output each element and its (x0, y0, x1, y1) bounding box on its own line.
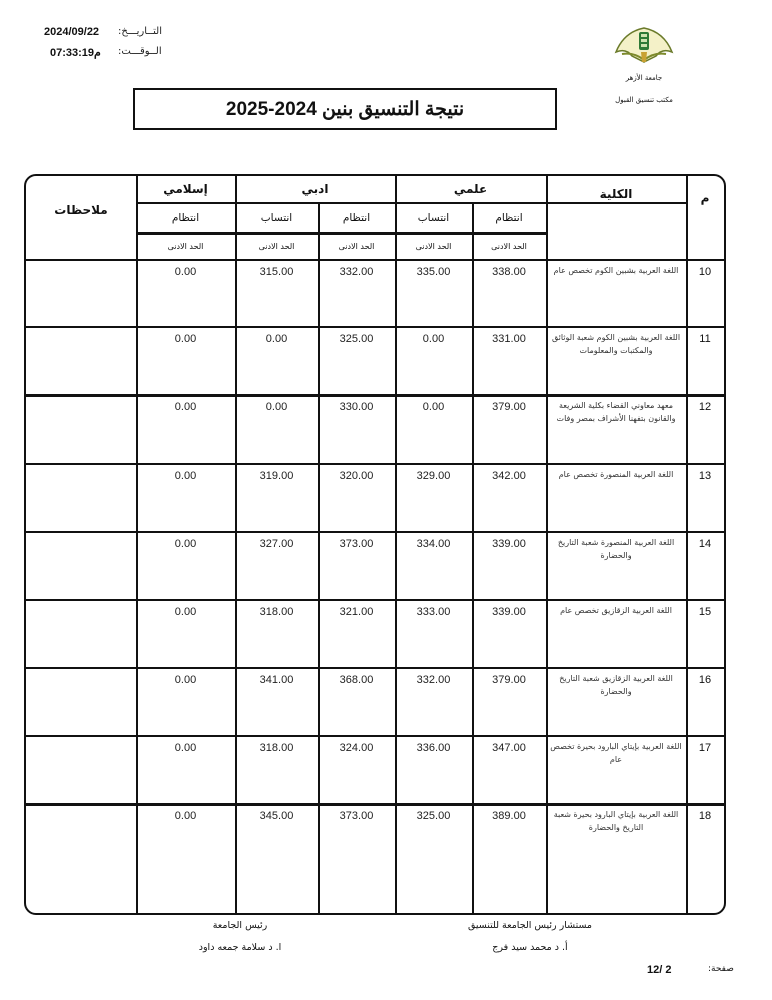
ilmi-intizam-min: 347.00 (472, 742, 546, 760)
table-row: 17اللغة العربية بإيتاي البارود بحيرة تخص… (26, 736, 724, 803)
ilmi-intizam-min: 389.00 (472, 810, 546, 828)
ilmi-intizam-min: 339.00 (472, 606, 546, 624)
islami-intizam-min: 0.00 (136, 470, 235, 488)
table-row: 16اللغة العربية الزقازيق شعبة التاريخ وا… (26, 668, 724, 735)
header-ilmi: علمي (395, 176, 546, 202)
ilmi-intisab-min: 335.00 (395, 266, 472, 284)
ilmi-intisab-min: 0.00 (395, 401, 472, 419)
adabi-intisab-min: 319.00 (235, 470, 318, 488)
adabi-intizam-min: 368.00 (318, 674, 395, 692)
ilmi-intisab-min: 329.00 (395, 470, 472, 488)
adabi-intisab-min: 341.00 (235, 674, 318, 692)
adabi-intizam-min: 330.00 (318, 401, 395, 419)
row-number: 17 (686, 742, 724, 760)
time-value: م07:33:19 (50, 46, 101, 59)
header-ilmi-intisab-min: الحد الادنى (395, 234, 472, 259)
adabi-intisab-min: 318.00 (235, 742, 318, 760)
college-name: معهد معاوني القضاء بكلية الشريعة والقانو… (550, 399, 682, 443)
row-number: 16 (686, 674, 724, 692)
header-adabi-intisab-min: الحد الادنى (235, 234, 318, 259)
college-name: اللغة العربية بإيتاي البارود بحيرة شعبة … (550, 808, 682, 852)
adabi-intizam-min: 321.00 (318, 606, 395, 624)
college-name: اللغة العربية بشبين الكوم تخصص عام (550, 264, 682, 308)
college-name: اللغة العربية المنصورة شعبة التاريخ والح… (550, 536, 682, 580)
page-title: نتيجة التنسيق بنين 2024-2025 (226, 98, 464, 121)
islami-intizam-min: 0.00 (136, 266, 235, 284)
islami-intizam-min: 0.00 (136, 606, 235, 624)
notes (26, 266, 136, 284)
notes (26, 470, 136, 488)
table-row: 15اللغة العربية الزقازيق تخصص عام339.003… (26, 600, 724, 667)
university-logo-icon (612, 22, 676, 72)
ilmi-intizam-min: 379.00 (472, 674, 546, 692)
notes (26, 742, 136, 760)
notes (26, 401, 136, 419)
header-ilmi-intizam-min: الحد الادنى (472, 234, 546, 259)
header-adabi: ادبي (235, 176, 395, 202)
ilmi-intisab-min: 0.00 (395, 333, 472, 351)
header-ilmi-intizam: انتظام (472, 203, 546, 232)
adabi-intisab-min: 315.00 (235, 266, 318, 284)
college-name: اللغة العربية بشبين الكوم شعبة الوثائق و… (550, 331, 682, 375)
header-islami: إسلامي (136, 176, 235, 202)
results-table: م الكلية علمي ادبي إسلامي ملاحظات انتظام… (24, 174, 726, 915)
college-name: اللغة العربية الزقازيق شعبة التاريخ والح… (550, 672, 682, 716)
header-m: م (686, 176, 724, 220)
university-president-title: رئيس الجامعة (180, 920, 300, 931)
ilmi-intisab-min: 325.00 (395, 810, 472, 828)
notes (26, 538, 136, 556)
adabi-intisab-min: 0.00 (235, 333, 318, 351)
row-number: 14 (686, 538, 724, 556)
islami-intizam-min: 0.00 (136, 742, 235, 760)
college-name: اللغة العربية بإيتاي البارود بحيرة تخصص … (550, 740, 682, 784)
row-number: 10 (686, 266, 724, 284)
islami-intizam-min: 0.00 (136, 401, 235, 419)
islami-intizam-min: 0.00 (136, 538, 235, 556)
notes (26, 674, 136, 692)
header-adabi-intisab: انتساب (235, 203, 318, 232)
page-value: 2 /12 (647, 964, 672, 976)
university-president-name: ا. د سلامة جمعه داود (170, 942, 310, 953)
row-number: 18 (686, 810, 724, 828)
ilmi-intizam-min: 338.00 (472, 266, 546, 284)
date-label: التــاريـــخ: (118, 26, 162, 37)
college-name: اللغة العربية المنصورة تخصص عام (550, 468, 682, 512)
table-row: 12معهد معاوني القضاء بكلية الشريعة والقا… (26, 395, 724, 463)
header-ilmi-intisab: انتساب (395, 203, 472, 232)
title-box: نتيجة التنسيق بنين 2024-2025 (133, 88, 557, 130)
coordination-advisor-title: مستشار رئيس الجامعة للتنسيق (455, 920, 605, 931)
ilmi-intizam-min: 342.00 (472, 470, 546, 488)
ilmi-intisab-min: 336.00 (395, 742, 472, 760)
header-adabi-intizam-min: الحد الادنى (318, 234, 395, 259)
notes (26, 606, 136, 624)
notes (26, 333, 136, 351)
adabi-intisab-min: 327.00 (235, 538, 318, 556)
ilmi-intisab-min: 333.00 (395, 606, 472, 624)
adabi-intizam-min: 332.00 (318, 266, 395, 284)
adabi-intisab-min: 0.00 (235, 401, 318, 419)
header-college: الكلية (546, 176, 686, 212)
row-number: 15 (686, 606, 724, 624)
adabi-intizam-min: 324.00 (318, 742, 395, 760)
ilmi-intizam-min: 331.00 (472, 333, 546, 351)
adabi-intisab-min: 318.00 (235, 606, 318, 624)
header-notes: ملاحظات (26, 196, 136, 224)
row-number: 12 (686, 401, 724, 419)
table-row: 14اللغة العربية المنصورة شعبة التاريخ وا… (26, 532, 724, 599)
row-number: 11 (686, 333, 724, 351)
university-name: جامعة الأزهر (600, 74, 688, 82)
date-value: 2024/09/22 (44, 26, 99, 38)
coordination-advisor-name: أ. د محمد سيد فرج (455, 942, 605, 953)
islami-intizam-min: 0.00 (136, 674, 235, 692)
adabi-intizam-min: 373.00 (318, 538, 395, 556)
ilmi-intizam-min: 379.00 (472, 401, 546, 419)
office-name: مكتب تنسيق القبول (596, 96, 692, 104)
row-number: 13 (686, 470, 724, 488)
adabi-intizam-min: 373.00 (318, 810, 395, 828)
table-row: 10اللغة العربية بشبين الكوم تخصص عام338.… (26, 260, 724, 326)
table-row: 18اللغة العربية بإيتاي البارود بحيرة شعب… (26, 804, 724, 912)
notes (26, 810, 136, 828)
table-row: 11اللغة العربية بشبين الكوم شعبة الوثائق… (26, 327, 724, 394)
ilmi-intizam-min: 339.00 (472, 538, 546, 556)
islami-intizam-min: 0.00 (136, 333, 235, 351)
islami-intizam-min: 0.00 (136, 810, 235, 828)
adabi-intisab-min: 345.00 (235, 810, 318, 828)
table-row: 13اللغة العربية المنصورة تخصص عام342.003… (26, 464, 724, 531)
college-name: اللغة العربية الزقازيق تخصص عام (550, 604, 682, 648)
ilmi-intisab-min: 332.00 (395, 674, 472, 692)
page-label: صفحة: (708, 964, 734, 974)
header-adabi-intizam: انتظام (318, 203, 395, 232)
header-islami-intizam: انتظام (136, 203, 235, 232)
header-islami-intizam-min: الحد الادنى (136, 234, 235, 259)
ilmi-intisab-min: 334.00 (395, 538, 472, 556)
time-label: الــوقـــت: (118, 46, 162, 57)
adabi-intizam-min: 320.00 (318, 470, 395, 488)
adabi-intizam-min: 325.00 (318, 333, 395, 351)
